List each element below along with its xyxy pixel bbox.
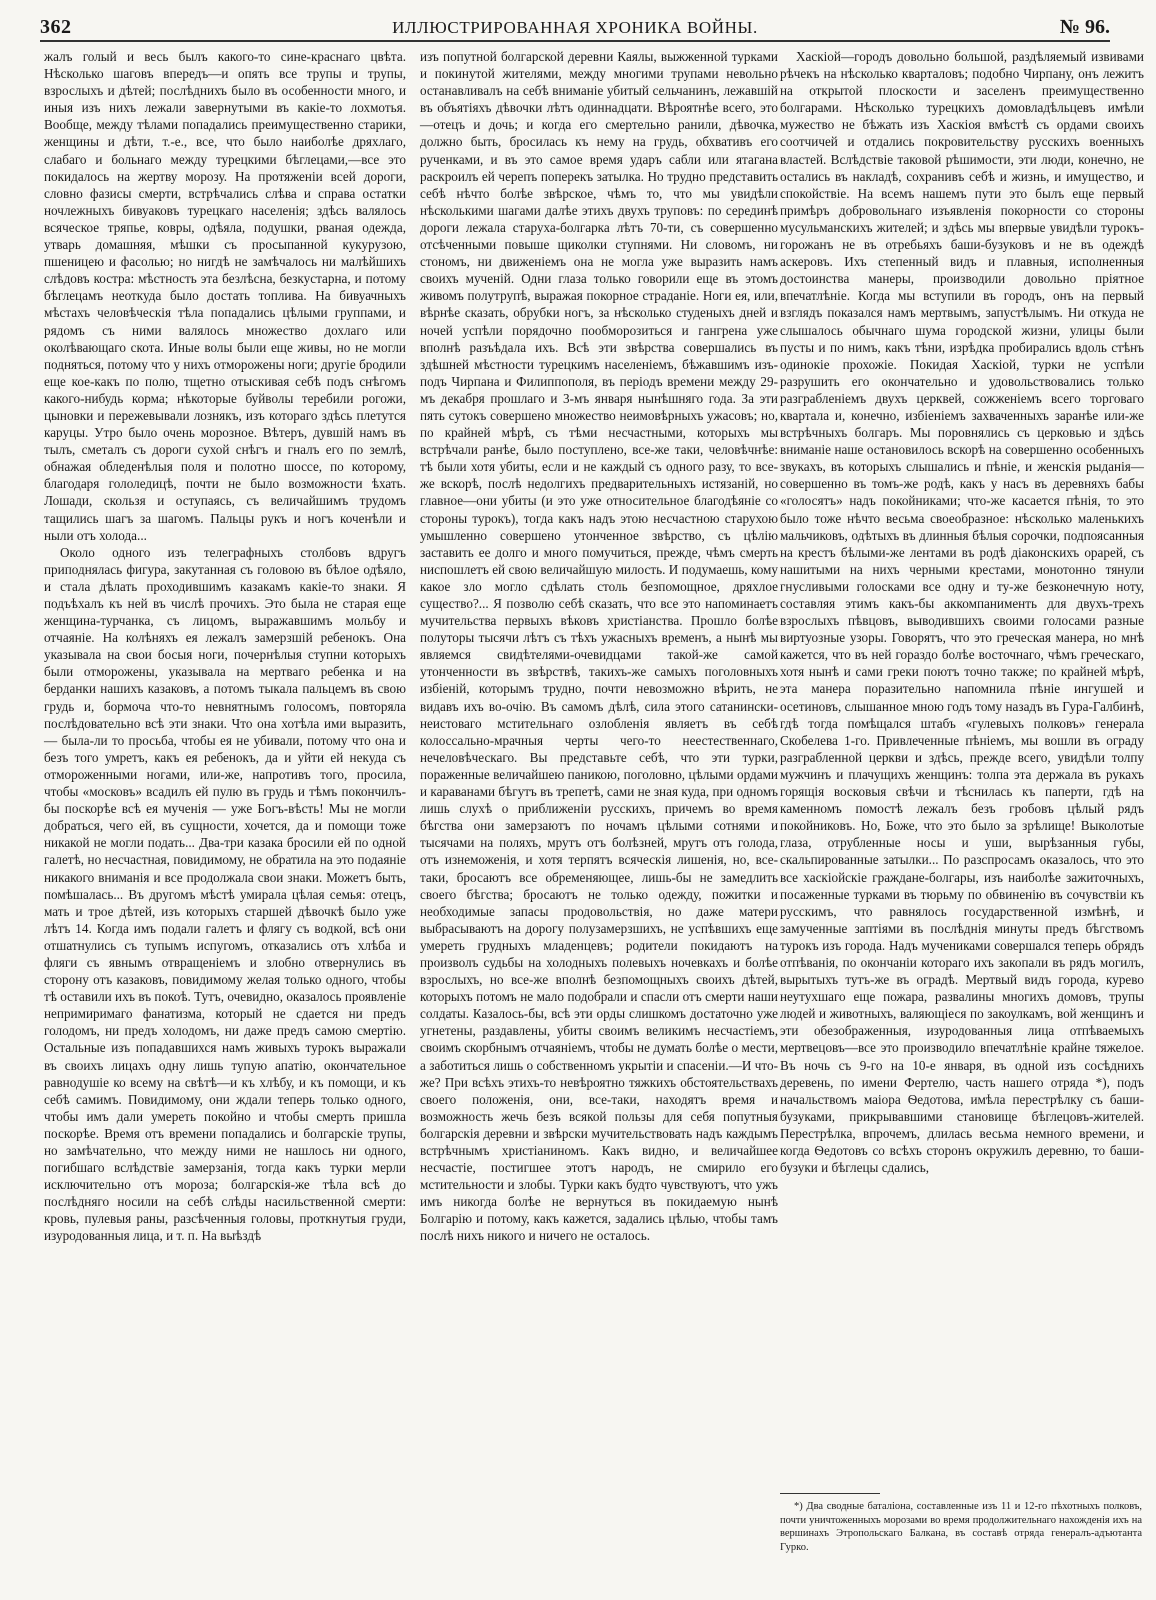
column-3: Хаскіой—городъ довольно большой, раздѣля… [780,48,1144,1176]
footnote: *) Два сводные баталіона, составленные и… [780,1500,1142,1554]
header-rule [40,40,1110,42]
column-2: изъ попутной болгарской деревни Каялы, в… [420,48,778,1245]
issue-number: № 96. [1060,16,1110,39]
column-1: жалъ голый и весь былъ какого-то сине-кр… [44,48,406,1245]
publication-title: ИЛЛЮСТРИРОВАННАЯ ХРОНИКА ВОЙНЫ. [40,18,1110,38]
paragraph: Около одного изъ телеграфныхъ столбовъ в… [44,544,406,1245]
paragraph: изъ попутной болгарской деревни Каялы, в… [420,48,778,1245]
paragraph: жалъ голый и весь былъ какого-то сине-кр… [44,48,406,544]
footnote-rule [780,1493,880,1494]
paragraph: Хаскіой—городъ довольно большой, раздѣля… [780,48,1144,1176]
newspaper-page: 362 ИЛЛЮСТРИРОВАННАЯ ХРОНИКА ВОЙНЫ. № 96… [0,0,1156,1600]
page-header: 362 ИЛЛЮСТРИРОВАННАЯ ХРОНИКА ВОЙНЫ. № 96… [40,8,1110,38]
